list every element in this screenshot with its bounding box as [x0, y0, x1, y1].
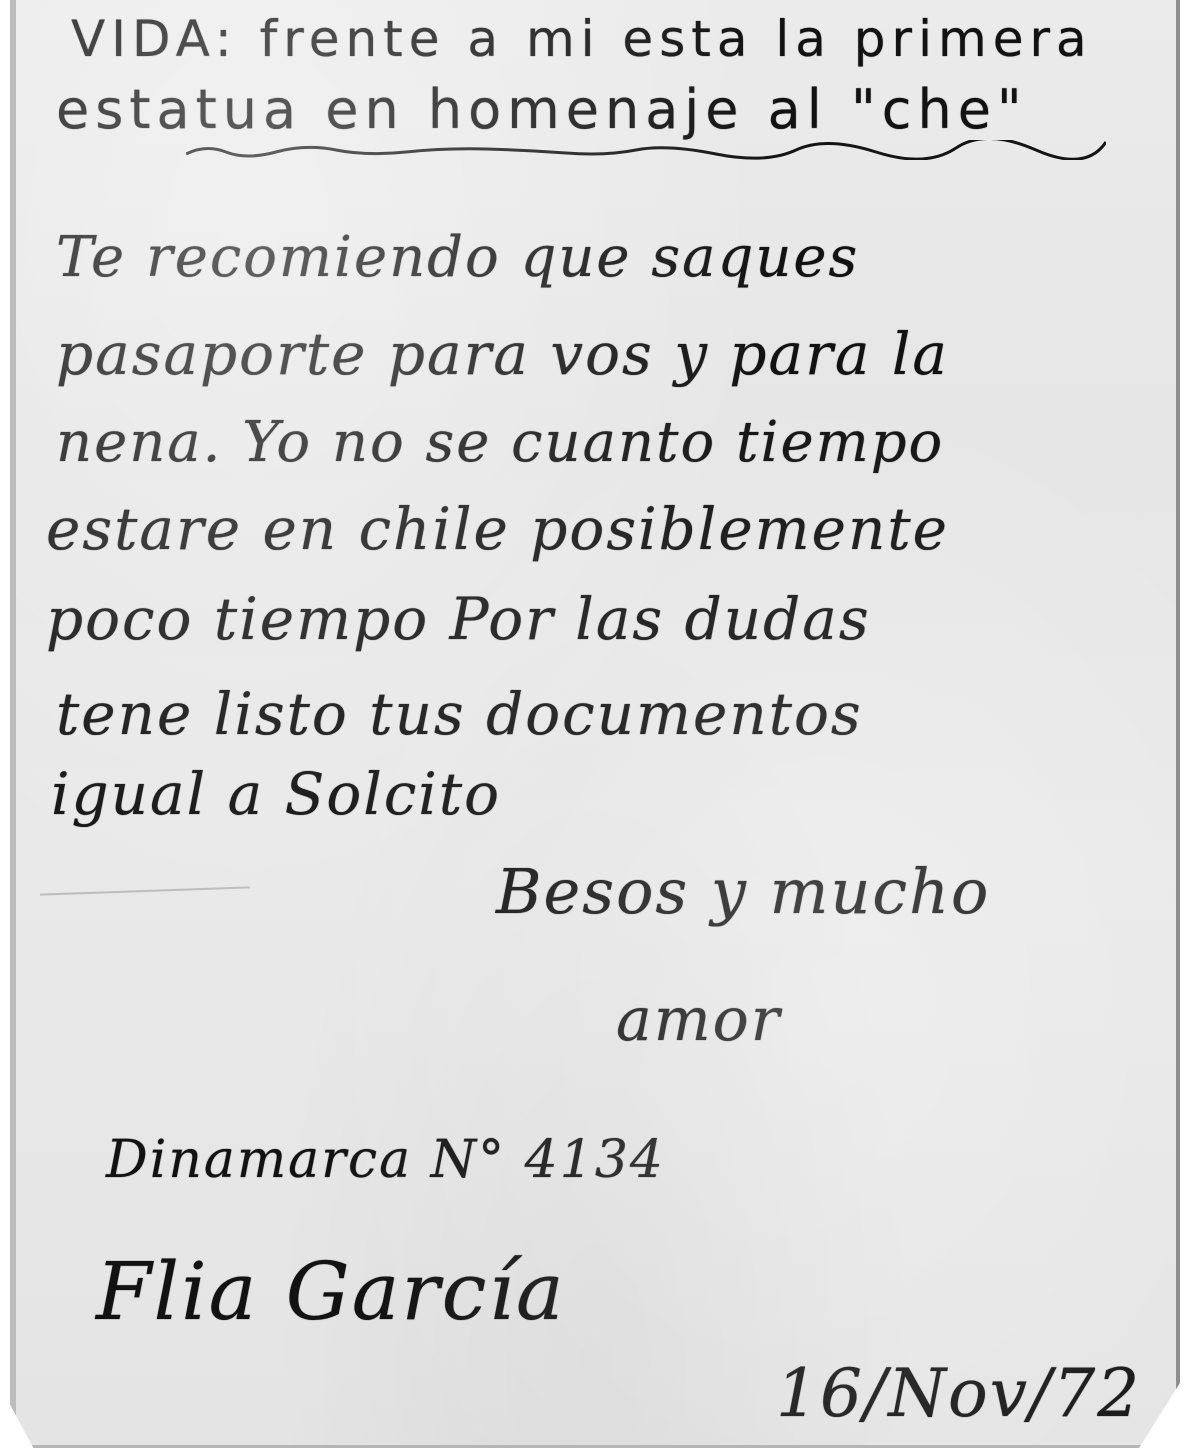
body-line-2: pasaporte para vos y para la	[56, 320, 949, 388]
date: 16/Nov/72	[776, 1355, 1141, 1432]
header-line-2: estatua en homenaje al "che"	[56, 78, 1028, 141]
body-line-3: nena. Yo no se cuanto tiempo	[56, 410, 944, 475]
header-line-1: VIDA: frente a mi esta la primera	[71, 10, 1093, 68]
address: Dinamarca N° 4134	[106, 1130, 665, 1190]
body-line-7: igual a Solcito	[51, 760, 501, 828]
body-line-5: poco tiempo Por las dudas	[46, 585, 871, 653]
closing-line-1: Besos y mucho	[496, 855, 990, 928]
closing-line-2: amor	[616, 985, 781, 1055]
body-line-6: tene listo tus documentos	[56, 680, 863, 748]
note-paper: VIDA: frente a mi esta la primera estatu…	[10, 0, 1180, 1448]
body-line-1: Te recomiendo que saques	[56, 225, 859, 290]
family-signature: Flia García	[96, 1245, 566, 1338]
paper-crease	[40, 886, 250, 895]
body-line-4: estare en chile posiblemente	[46, 495, 949, 563]
wavy-underline	[186, 140, 1106, 160]
